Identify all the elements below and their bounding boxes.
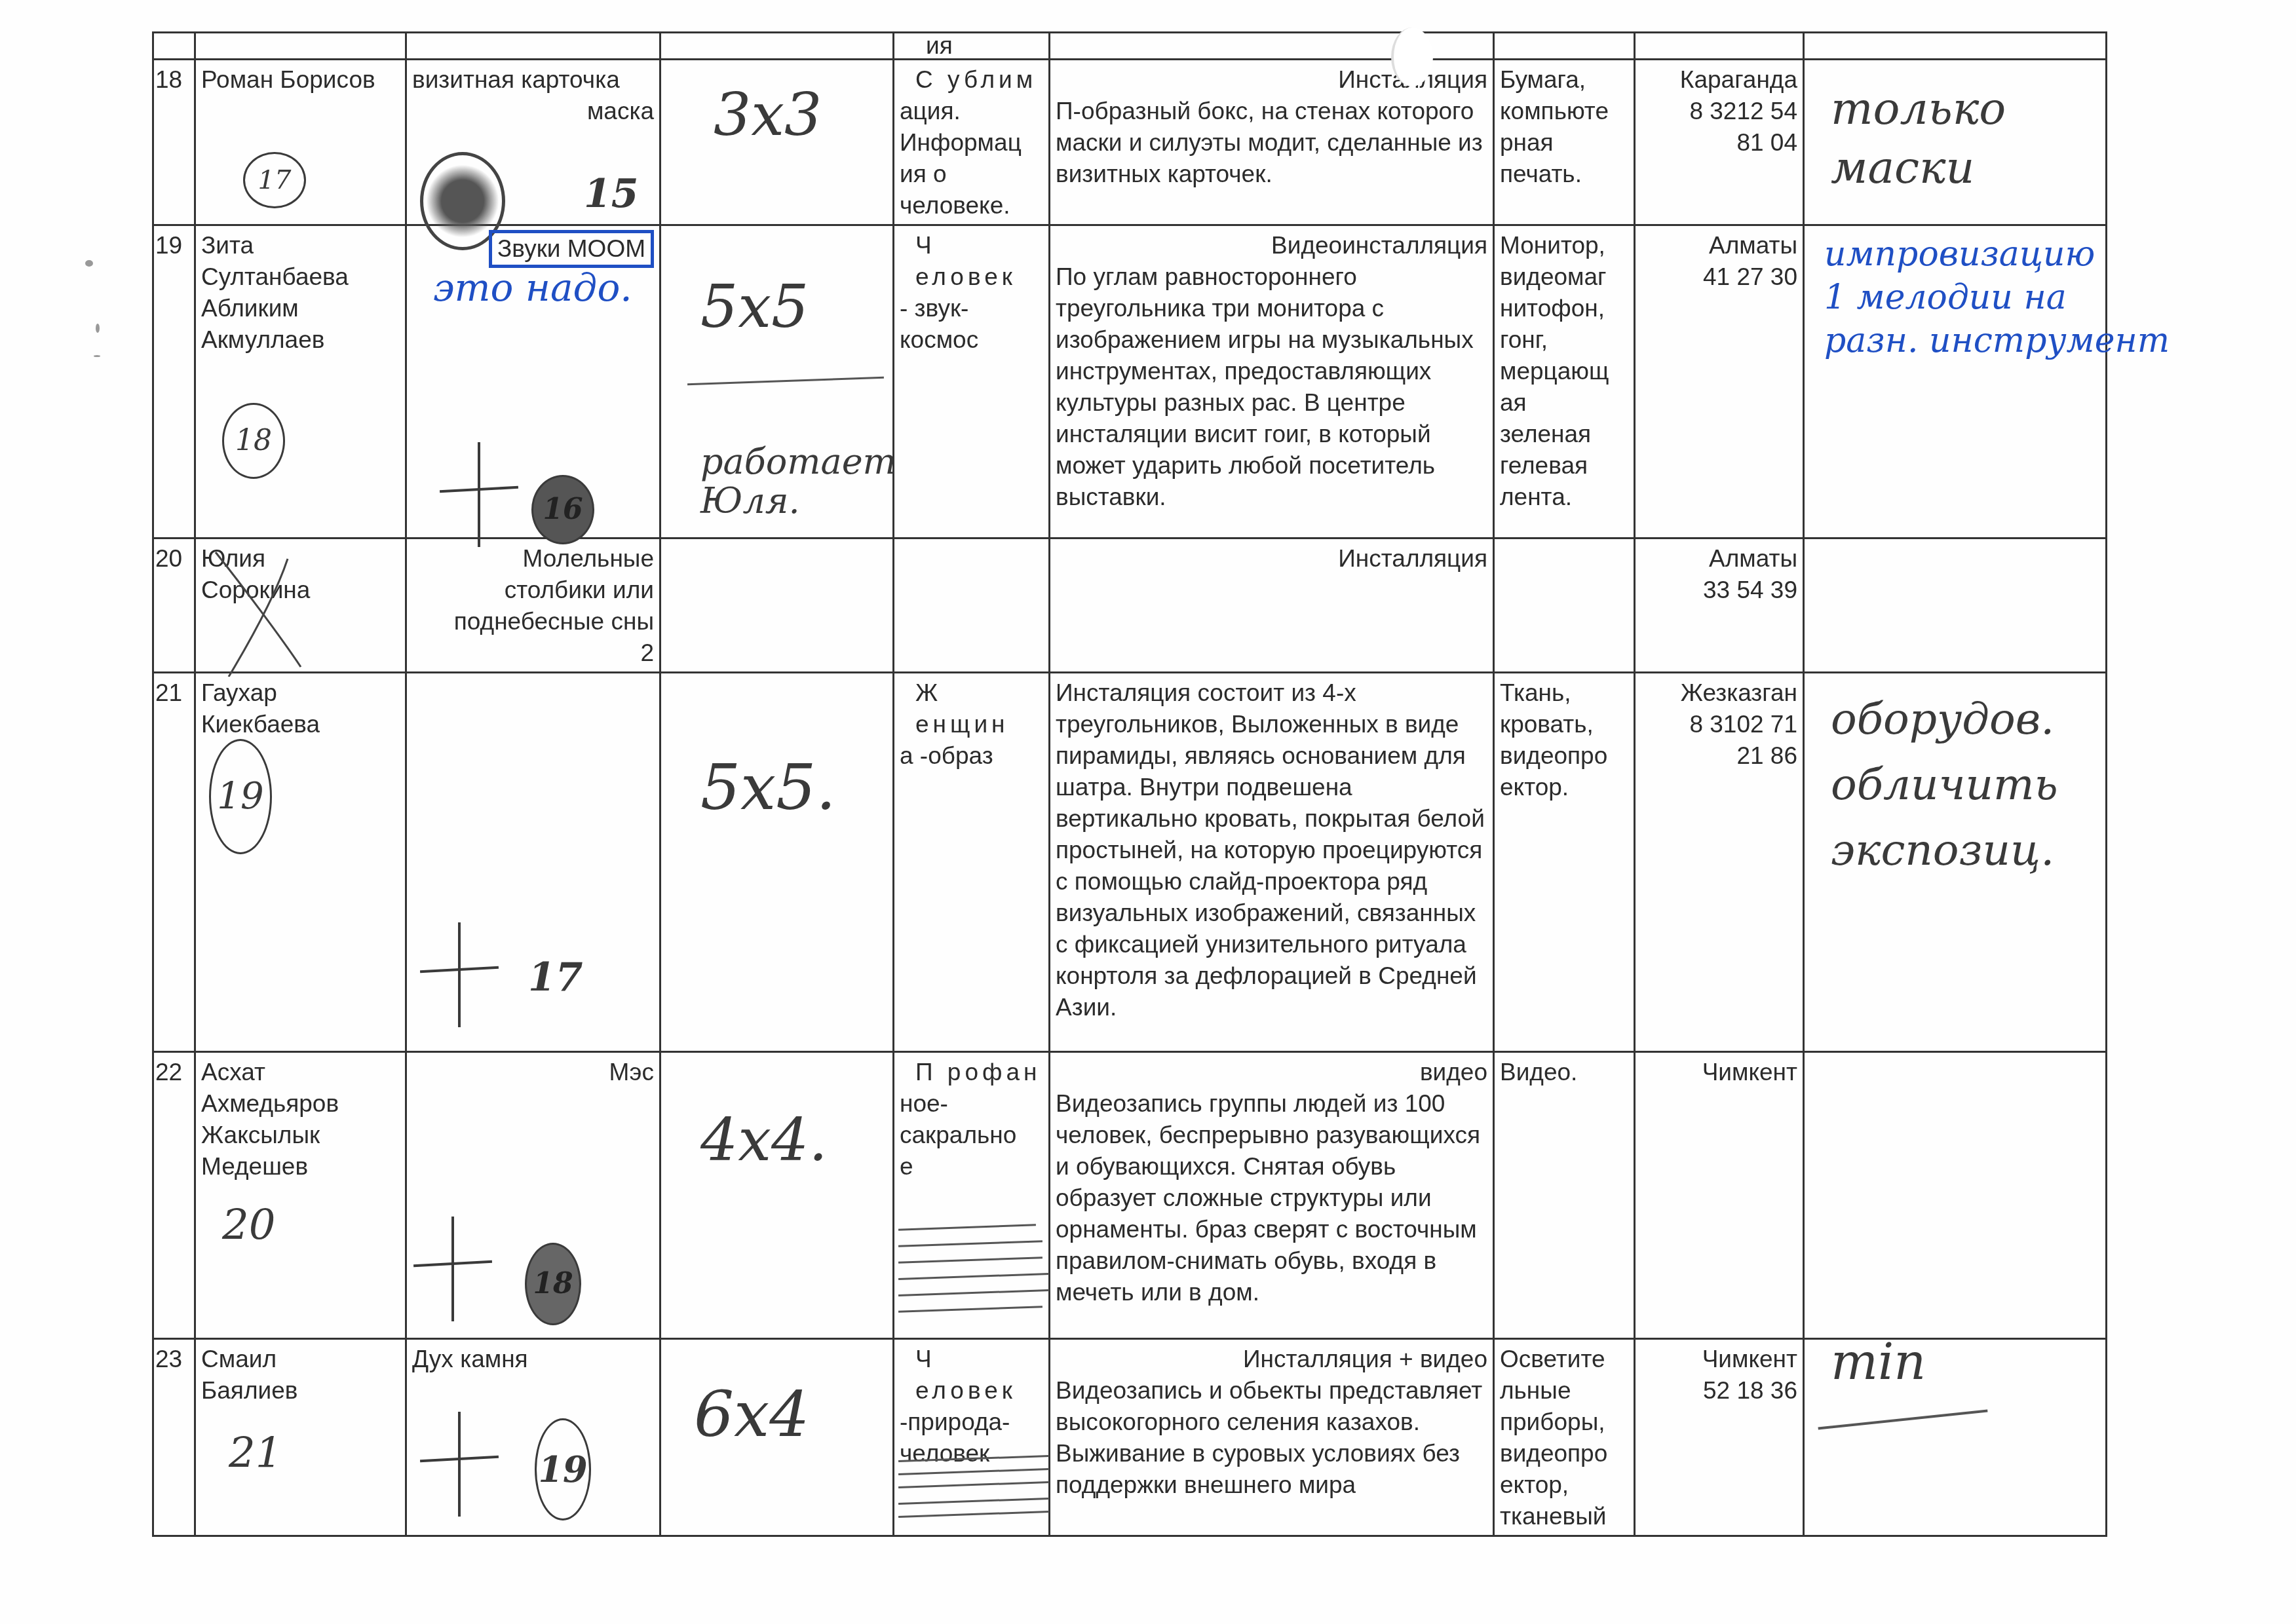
theme-line: П рофан <box>900 1057 1043 1088</box>
pencil-hatching <box>898 1273 1049 1280</box>
phone: 52 18 36 <box>1641 1375 1797 1407</box>
size-handwritten: 5x5. <box>700 772 836 803</box>
materials-line: нитофон, <box>1500 293 1628 324</box>
note-line: 1 мелодии на <box>1824 276 2170 319</box>
row-number: 23 <box>153 1339 195 1536</box>
theme-line: е <box>900 1151 1043 1182</box>
phone: 33 54 39 <box>1641 575 1797 606</box>
size-cell: 5x5 работает Юля. <box>660 225 894 538</box>
theme-cell: С ублим ация. Информац ия о человеке. <box>894 60 1050 225</box>
plus-mark <box>413 1217 492 1321</box>
materials-line: Осветите <box>1500 1344 1628 1375</box>
table-row: 23 Смаил Баялиев 21 Дух камня 19 6x4 Ч е… <box>153 1339 2107 1536</box>
size-handwritten: 5x5 <box>700 292 809 323</box>
table-row: 18 Роман Борисов 17 визитная карточка ма… <box>153 60 2107 225</box>
theme-line: - звук- <box>900 293 1043 324</box>
scan-speck <box>94 355 100 357</box>
table-row: 21 Гаухар Киекбаева 19 17 5x5. Ж енщин а… <box>153 673 2107 1052</box>
materials-line: тканевый <box>1500 1501 1628 1532</box>
materials-cell: Ткань, кровать, видеопро ектор. <box>1494 673 1635 1052</box>
title-cell: визитная карточка маска 15 <box>406 60 660 225</box>
title-annotation-handwritten: это надо. <box>433 272 632 303</box>
artist-cell: Роман Борисов 17 <box>195 60 406 225</box>
notes-cell <box>1804 1052 2107 1339</box>
header-cell <box>1804 33 2107 60</box>
notes-cell <box>1804 538 2107 673</box>
theme-line: С ублим <box>900 64 1043 96</box>
size-handwritten: 3x3 <box>714 100 822 131</box>
city-phone-cell: Алматы 41 27 30 <box>1635 225 1804 538</box>
description-cell: видео Видеозапись группы людей из 100 че… <box>1050 1052 1494 1339</box>
plus-mark <box>440 442 518 547</box>
theme-cell: Ч еловек - звук- космос <box>894 225 1050 538</box>
header-cell <box>1494 33 1635 60</box>
theme-line: Информац <box>900 127 1043 159</box>
artist-name: Киекбаева <box>201 709 400 740</box>
note-line: экспозиц. <box>1831 818 2058 883</box>
city-phone-cell: Алматы 33 54 39 <box>1635 538 1804 673</box>
materials-line: видеомаг <box>1500 261 1628 293</box>
materials-line: рная <box>1500 127 1628 159</box>
city: Чимкент <box>1641 1344 1797 1375</box>
materials-line: Монитор, <box>1500 230 1628 261</box>
title-line: столбики или <box>412 575 654 606</box>
description: По углам равностороннего треугольника тр… <box>1056 261 1487 513</box>
genre: Видеоинсталляция <box>1056 230 1487 261</box>
phone: 21 86 <box>1641 740 1797 772</box>
artist-cell: Зита Султанбаева Абликим Акмуллаев 18 <box>195 225 406 538</box>
materials-line: льные <box>1500 1375 1628 1407</box>
size-cell <box>660 538 894 673</box>
theme-cell <box>894 538 1050 673</box>
materials-line: мерцающ <box>1500 356 1628 387</box>
size-note-handwritten: работает Юля. <box>700 442 871 521</box>
description: Видеозапись и обьекты представляет высок… <box>1056 1375 1487 1501</box>
header-row: ия <box>153 33 2107 60</box>
note-line: обличить <box>1831 752 2058 818</box>
pencil-hatching <box>898 1481 1049 1488</box>
materials-line: лента. <box>1500 482 1628 513</box>
materials-line: видеопро <box>1500 1438 1628 1469</box>
title-line: поднебесные сны <box>412 606 654 637</box>
phone: 41 27 30 <box>1641 261 1797 293</box>
note-handwritten: только маски <box>1831 80 2067 198</box>
stamp-number: 16 <box>531 475 594 544</box>
row-number: 19 <box>153 225 195 538</box>
scan-speck <box>85 260 93 267</box>
size-handwritten: 6x4 <box>694 1399 809 1430</box>
theme-line: сакрально <box>900 1120 1043 1151</box>
notes-cell: оборудов. обличить экспозиц. <box>1804 673 2107 1052</box>
title-line: маска <box>412 96 654 127</box>
title-cell: Дух камня 19 <box>406 1339 660 1536</box>
title: Мэс <box>412 1057 654 1088</box>
scanned-page: ия 18 Роман Борисов 17 визитная карточка… <box>0 0 2296 1624</box>
theme-line: ация. <box>900 96 1043 127</box>
materials-line: зеленая <box>1500 419 1628 450</box>
description: Инсталяция состоит из 4-х треугольников,… <box>1056 677 1487 1023</box>
title-cell: Молельные столбики или поднебесные сны 2 <box>406 538 660 673</box>
header-cell <box>1635 33 1804 60</box>
title-cell: Звуки МООМ это надо. 16 <box>406 225 660 538</box>
note-line: импровизацию <box>1824 233 2170 276</box>
genre: Инсталляция <box>1056 543 1487 575</box>
materials-line: приборы, <box>1500 1407 1628 1438</box>
description-cell: Инсталляция + видео Видеозапись и обьект… <box>1050 1339 1494 1536</box>
circled-number: 18 <box>222 403 285 479</box>
materials-cell: Осветите льные приборы, видеопро ектор, … <box>1494 1339 1635 1536</box>
scan-speck <box>96 324 100 333</box>
pencil-underline <box>1818 1409 1988 1429</box>
pencil-hatching <box>898 1498 1049 1505</box>
note-handwritten: min <box>1831 1346 1926 1378</box>
row-number: 21 <box>153 673 195 1052</box>
size-cell: 5x5. <box>660 673 894 1052</box>
materials-line: Видео. <box>1500 1057 1628 1088</box>
title: Дух камня <box>412 1344 654 1375</box>
plus-mark <box>420 922 499 1027</box>
city: Алматы <box>1641 543 1797 575</box>
materials-line: Бумага, <box>1500 64 1628 96</box>
artist-name: Роман Борисов <box>201 66 375 93</box>
circled-number: 17 <box>243 152 306 208</box>
city: Жезказган <box>1641 677 1797 709</box>
phone: 81 04 <box>1641 127 1797 159</box>
pencil-hatching <box>898 1511 1049 1518</box>
table-row: 22 Асхат Ахмедьяров Жаксылык Медешев 20 … <box>153 1052 2107 1339</box>
description-cell: Инсталяция состоит из 4-х треугольников,… <box>1050 673 1494 1052</box>
theme-line: Ч еловек <box>900 230 1043 293</box>
notes-cell: импровизацию 1 мелодии на разн. инструме… <box>1804 225 2107 538</box>
materials-line: компьюте <box>1500 96 1628 127</box>
materials-cell: Видео. <box>1494 1052 1635 1339</box>
theme-line: Ж енщин <box>900 677 1043 740</box>
row-number: 18 <box>153 60 195 225</box>
genre: видео <box>1056 1057 1487 1088</box>
materials-line: печать. <box>1500 159 1628 190</box>
city: Чимкент <box>1641 1057 1797 1088</box>
artist-name: Смаил <box>201 1344 400 1375</box>
note-handwritten: импровизацию 1 мелодии на разн. инструме… <box>1824 233 2170 362</box>
theme-line: Ч еловек <box>900 1344 1043 1407</box>
header-cell <box>406 33 660 60</box>
materials-line: видеопро <box>1500 740 1628 772</box>
artist-name: Абликим <box>201 293 400 324</box>
city-phone-cell: Чимкент <box>1635 1052 1804 1339</box>
header-cell <box>153 33 195 60</box>
artist-name: Зита <box>201 230 400 261</box>
city: Караганда <box>1641 64 1797 96</box>
materials-cell: Бумага, компьюте рная печать. <box>1494 60 1635 225</box>
pencil-hatching <box>898 1224 1036 1230</box>
cross-out-mark <box>202 546 334 677</box>
theme-line: ия о <box>900 159 1043 190</box>
notes-cell: min <box>1804 1339 2107 1536</box>
row-number: 22 <box>153 1052 195 1339</box>
description-cell: Видеоинсталляция По углам равностороннег… <box>1050 225 1494 538</box>
pencil-line <box>687 377 884 385</box>
pencil-hatching <box>898 1306 1043 1313</box>
materials-line: ектор, <box>1500 1469 1628 1501</box>
note-line: оборудов. <box>1831 687 2058 752</box>
description: П-образный бокс, на стенах которого маск… <box>1056 96 1487 190</box>
description-cell: Инсталляция П-образный бокс, на стенах к… <box>1050 60 1494 225</box>
city-phone-cell: Чимкент 52 18 36 <box>1635 1339 1804 1536</box>
artist-cell: Гаухар Киекбаева 19 <box>195 673 406 1052</box>
phone: 8 3102 71 <box>1641 709 1797 740</box>
artworks-table: ия 18 Роман Борисов 17 визитная карточка… <box>152 31 2107 1537</box>
materials-line: гонг, <box>1500 324 1628 356</box>
size-cell: 3x3 <box>660 60 894 225</box>
theme-line: космос <box>900 324 1043 356</box>
title-boxed: Звуки МООМ <box>489 230 654 268</box>
theme-line: человеке. <box>900 190 1043 221</box>
materials-line: кровать, <box>1500 709 1628 740</box>
materials-line: ая <box>1500 387 1628 419</box>
phone: 8 3212 54 <box>1641 96 1797 127</box>
header-fragment: ия <box>900 32 953 59</box>
materials-line: Ткань, <box>1500 677 1628 709</box>
materials-line: гелевая <box>1500 450 1628 482</box>
header-cell <box>195 33 406 60</box>
city-phone-cell: Караганда 8 3212 54 81 04 <box>1635 60 1804 225</box>
table-row: 19 Зита Султанбаева Абликим Акмуллаев 18… <box>153 225 2107 538</box>
pencil-hatching <box>898 1289 1049 1296</box>
artist-name: Медешев <box>201 1151 400 1182</box>
theme-line: -природа- <box>900 1407 1043 1438</box>
row-number: 20 <box>153 538 195 673</box>
artist-name: Акмуллаев <box>201 324 400 356</box>
artist-name: Гаухар <box>201 677 400 709</box>
stamp-number: 15 <box>584 178 639 210</box>
theme-line: человек <box>900 1438 1043 1469</box>
title-cell: 17 <box>406 673 660 1052</box>
header-cell: ия <box>894 33 1050 60</box>
artist-name: Ахмедьяров <box>201 1088 400 1120</box>
materials-cell: Монитор, видеомаг нитофон, гонг, мерцающ… <box>1494 225 1635 538</box>
handwritten-number: 21 <box>229 1438 282 1469</box>
theme-line: а -образ <box>900 740 1043 772</box>
table-row: 20 Юлия Сорокина Молельные столбики или … <box>153 538 2107 673</box>
size-cell: 6x4 <box>660 1339 894 1536</box>
handwritten-number: 20 <box>222 1210 275 1241</box>
description: Видеозапись группы людей из 100 человек,… <box>1056 1088 1487 1308</box>
city-phone-cell: Жезказган 8 3102 71 21 86 <box>1635 673 1804 1052</box>
title-cell: Мэс 18 <box>406 1052 660 1339</box>
pencil-hatching <box>898 1256 1043 1264</box>
pencil-hatching <box>898 1240 1043 1247</box>
size-handwritten: 4x4. <box>700 1125 828 1156</box>
title-line: Молельные <box>412 543 654 575</box>
artist-name: Асхат <box>201 1057 400 1088</box>
genre: Инсталляция + видео <box>1056 1344 1487 1375</box>
artist-name: Баялиев <box>201 1375 400 1407</box>
note-line: разн. инструмент <box>1824 319 2170 362</box>
city: Алматы <box>1641 230 1797 261</box>
circled-number: 19 <box>209 739 272 854</box>
punch-hole <box>1391 28 1433 86</box>
artist-name: Султанбаева <box>201 261 400 293</box>
materials-line: ектор. <box>1500 772 1628 803</box>
theme-line: ное- <box>900 1088 1043 1120</box>
materials-cell <box>1494 538 1635 673</box>
title-line: визитная карточка <box>412 64 654 96</box>
stamp-number: 19 <box>535 1418 591 1520</box>
notes-cell: только маски <box>1804 60 2107 225</box>
header-cell <box>660 33 894 60</box>
theme-cell: Ч еловек -природа- человек <box>894 1339 1050 1536</box>
artist-cell: Смаил Баялиев 21 <box>195 1339 406 1536</box>
theme-cell: П рофан ное- сакрально е <box>894 1052 1050 1339</box>
note-handwritten: оборудов. обличить экспозиц. <box>1831 687 2058 883</box>
stamp-number: 17 <box>528 962 583 993</box>
theme-cell: Ж енщин а -образ <box>894 673 1050 1052</box>
artist-cell: Асхат Ахмедьяров Жаксылык Медешев 20 <box>195 1052 406 1339</box>
artist-cell: Юлия Сорокина <box>195 538 406 673</box>
size-cell: 4x4. <box>660 1052 894 1339</box>
plus-mark <box>420 1412 499 1517</box>
title-line: 2 <box>412 637 654 669</box>
description-cell: Инсталляция <box>1050 538 1494 673</box>
artist-name: Жаксылык <box>201 1120 400 1151</box>
stamp-number: 18 <box>525 1243 581 1325</box>
